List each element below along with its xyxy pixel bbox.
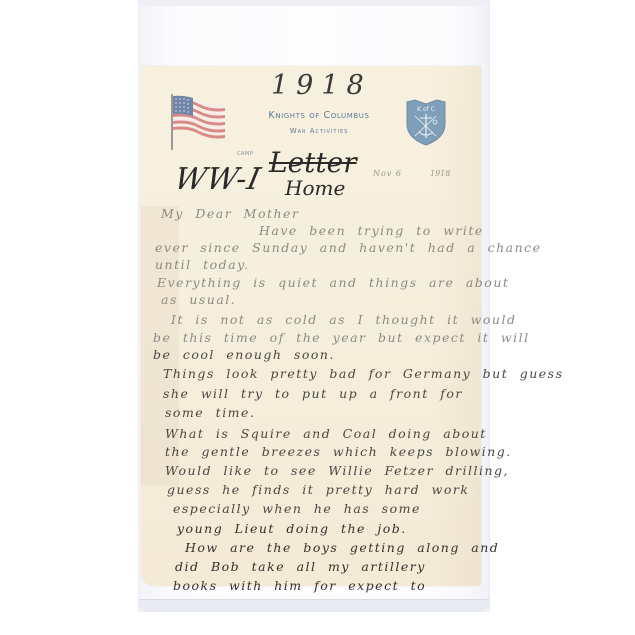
svg-text:K of C: K of C (417, 106, 435, 113)
letter-line: did Bob take all my artillery (175, 559, 426, 574)
us-flag-icon (169, 92, 227, 150)
letter-date-year: 1918 (430, 169, 450, 178)
letter-line: Things look pretty bad for Germany but g… (163, 366, 564, 381)
letter-line: guess he finds it pretty hard work (167, 482, 469, 497)
ww1-annotation: WW-I (171, 162, 264, 197)
handwritten-year: 1918 (271, 70, 372, 101)
organization-name: Knights of Columbus (244, 110, 394, 121)
home-annotation: Home (285, 176, 345, 200)
letter-line: be this time of the year but expect it w… (153, 330, 530, 345)
camp-label: CAMP (237, 151, 253, 157)
letter-line: books with him for expect to (173, 578, 426, 593)
letter-line: until today. (155, 257, 249, 272)
letter-line: How are the boys getting along and (185, 540, 499, 555)
letter-line: some time. (165, 405, 255, 420)
letter-line: young Lieut doing the job. (177, 521, 407, 536)
letter-line: What is Squire and Coal doing about (165, 426, 487, 441)
letter-line: ever since Sunday and haven't had a chan… (155, 240, 542, 255)
letter-line: be cool enough soon. (153, 347, 335, 362)
kofc-shield-icon: K of C (405, 98, 447, 146)
sleeve-bottom-lip (139, 599, 489, 612)
letter-line: Everything is quiet and things are about (157, 275, 509, 290)
letter-line: Have been trying to write (259, 223, 484, 238)
organization-subtitle: War Activities (244, 127, 394, 135)
salutation: My Dear Mother (161, 206, 299, 221)
letter-line: especially when he has some (173, 501, 421, 516)
letter-line: the gentle breezes which keeps blowing. (165, 444, 512, 459)
letter-line: Would like to see Willie Fetzer drilling… (165, 463, 509, 478)
letter-line: as usual. (161, 292, 236, 307)
sleeve-top-edge (139, 0, 489, 6)
letter-date: Nov 6 (373, 169, 402, 178)
letter-annotation: Letter (269, 146, 357, 179)
letter-line: It is not as cold as I thought it would (171, 312, 516, 327)
letter-line: she will try to put up a front for (163, 386, 463, 401)
letter-paper: 1918 Knights of Columbus War Activities … (141, 66, 481, 586)
